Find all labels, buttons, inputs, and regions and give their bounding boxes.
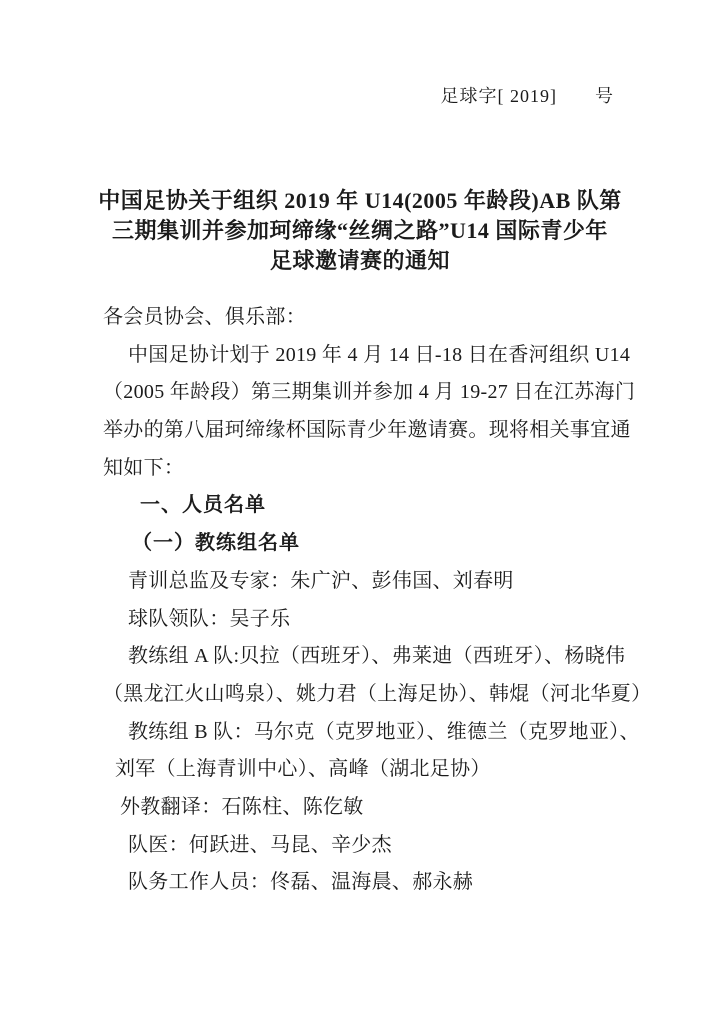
coach-group-a-line-1: 教练组 A 队:贝拉（西班牙）、弗莱迪（西班牙）、杨晓伟 [128,638,643,676]
youth-director-line: 青训总监及专家：朱广沪、彭伟国、刘春明 [128,563,643,601]
section-1-heading: 一、人员名单 [140,487,643,525]
team-doctor-line: 队医：何跃进、马昆、辛少杰 [128,827,643,865]
translator-line: 外教翻译：石陈柱、陈仡敏 [120,789,643,827]
document-title: 中国足协关于组织 2019 年 U14(2005 年龄段)AB 队第 三期集训并… [55,186,665,276]
coach-group-a-line-2: （黑龙江火山鸣泉）、姚力君（上海足协）、韩焜（河北华夏） [103,676,643,714]
document-body: 各会员协会、俱乐部： 中国足协计划于 2019 年 4 月 14 日-18 日在… [103,299,643,902]
document-page: 足球字[ 2019] 号 中国足协关于组织 2019 年 U14(2005 年龄… [0,0,720,1018]
team-staff-line: 队务工作人员：佟磊、温海晨、郝永赫 [128,864,643,902]
title-line-1: 中国足协关于组织 2019 年 U14(2005 年龄段)AB 队第 [55,186,665,216]
intro-line-1: 中国足协计划于 2019 年 4 月 14 日-18 日在香河组织 U14 [128,337,643,375]
team-leader-line: 球队领队：吴子乐 [128,601,643,639]
intro-line-4: 知如下： [103,450,643,488]
title-line-2: 三期集训并参加珂缔缘“丝绸之路”U14 国际青少年 [55,216,665,246]
salutation-line: 各会员协会、俱乐部： [103,299,643,337]
intro-line-2: （2005 年龄段）第三期集训并参加 4 月 19-27 日在江苏海门 [103,374,643,412]
doc-number: 足球字[ 2019] 号 [441,84,615,108]
coach-group-b-line-2: 刘军（上海青训中心）、高峰（湖北足协） [115,751,643,789]
subsection-1-heading: （一）教练组名单 [132,525,643,563]
title-line-3: 足球邀请赛的通知 [55,246,665,276]
intro-line-3: 举办的第八届珂缔缘杯国际青少年邀请赛。现将相关事宜通 [103,412,643,450]
coach-group-b-line-1: 教练组 B 队：马尔克（克罗地亚）、维德兰（克罗地亚）、 [128,714,643,752]
